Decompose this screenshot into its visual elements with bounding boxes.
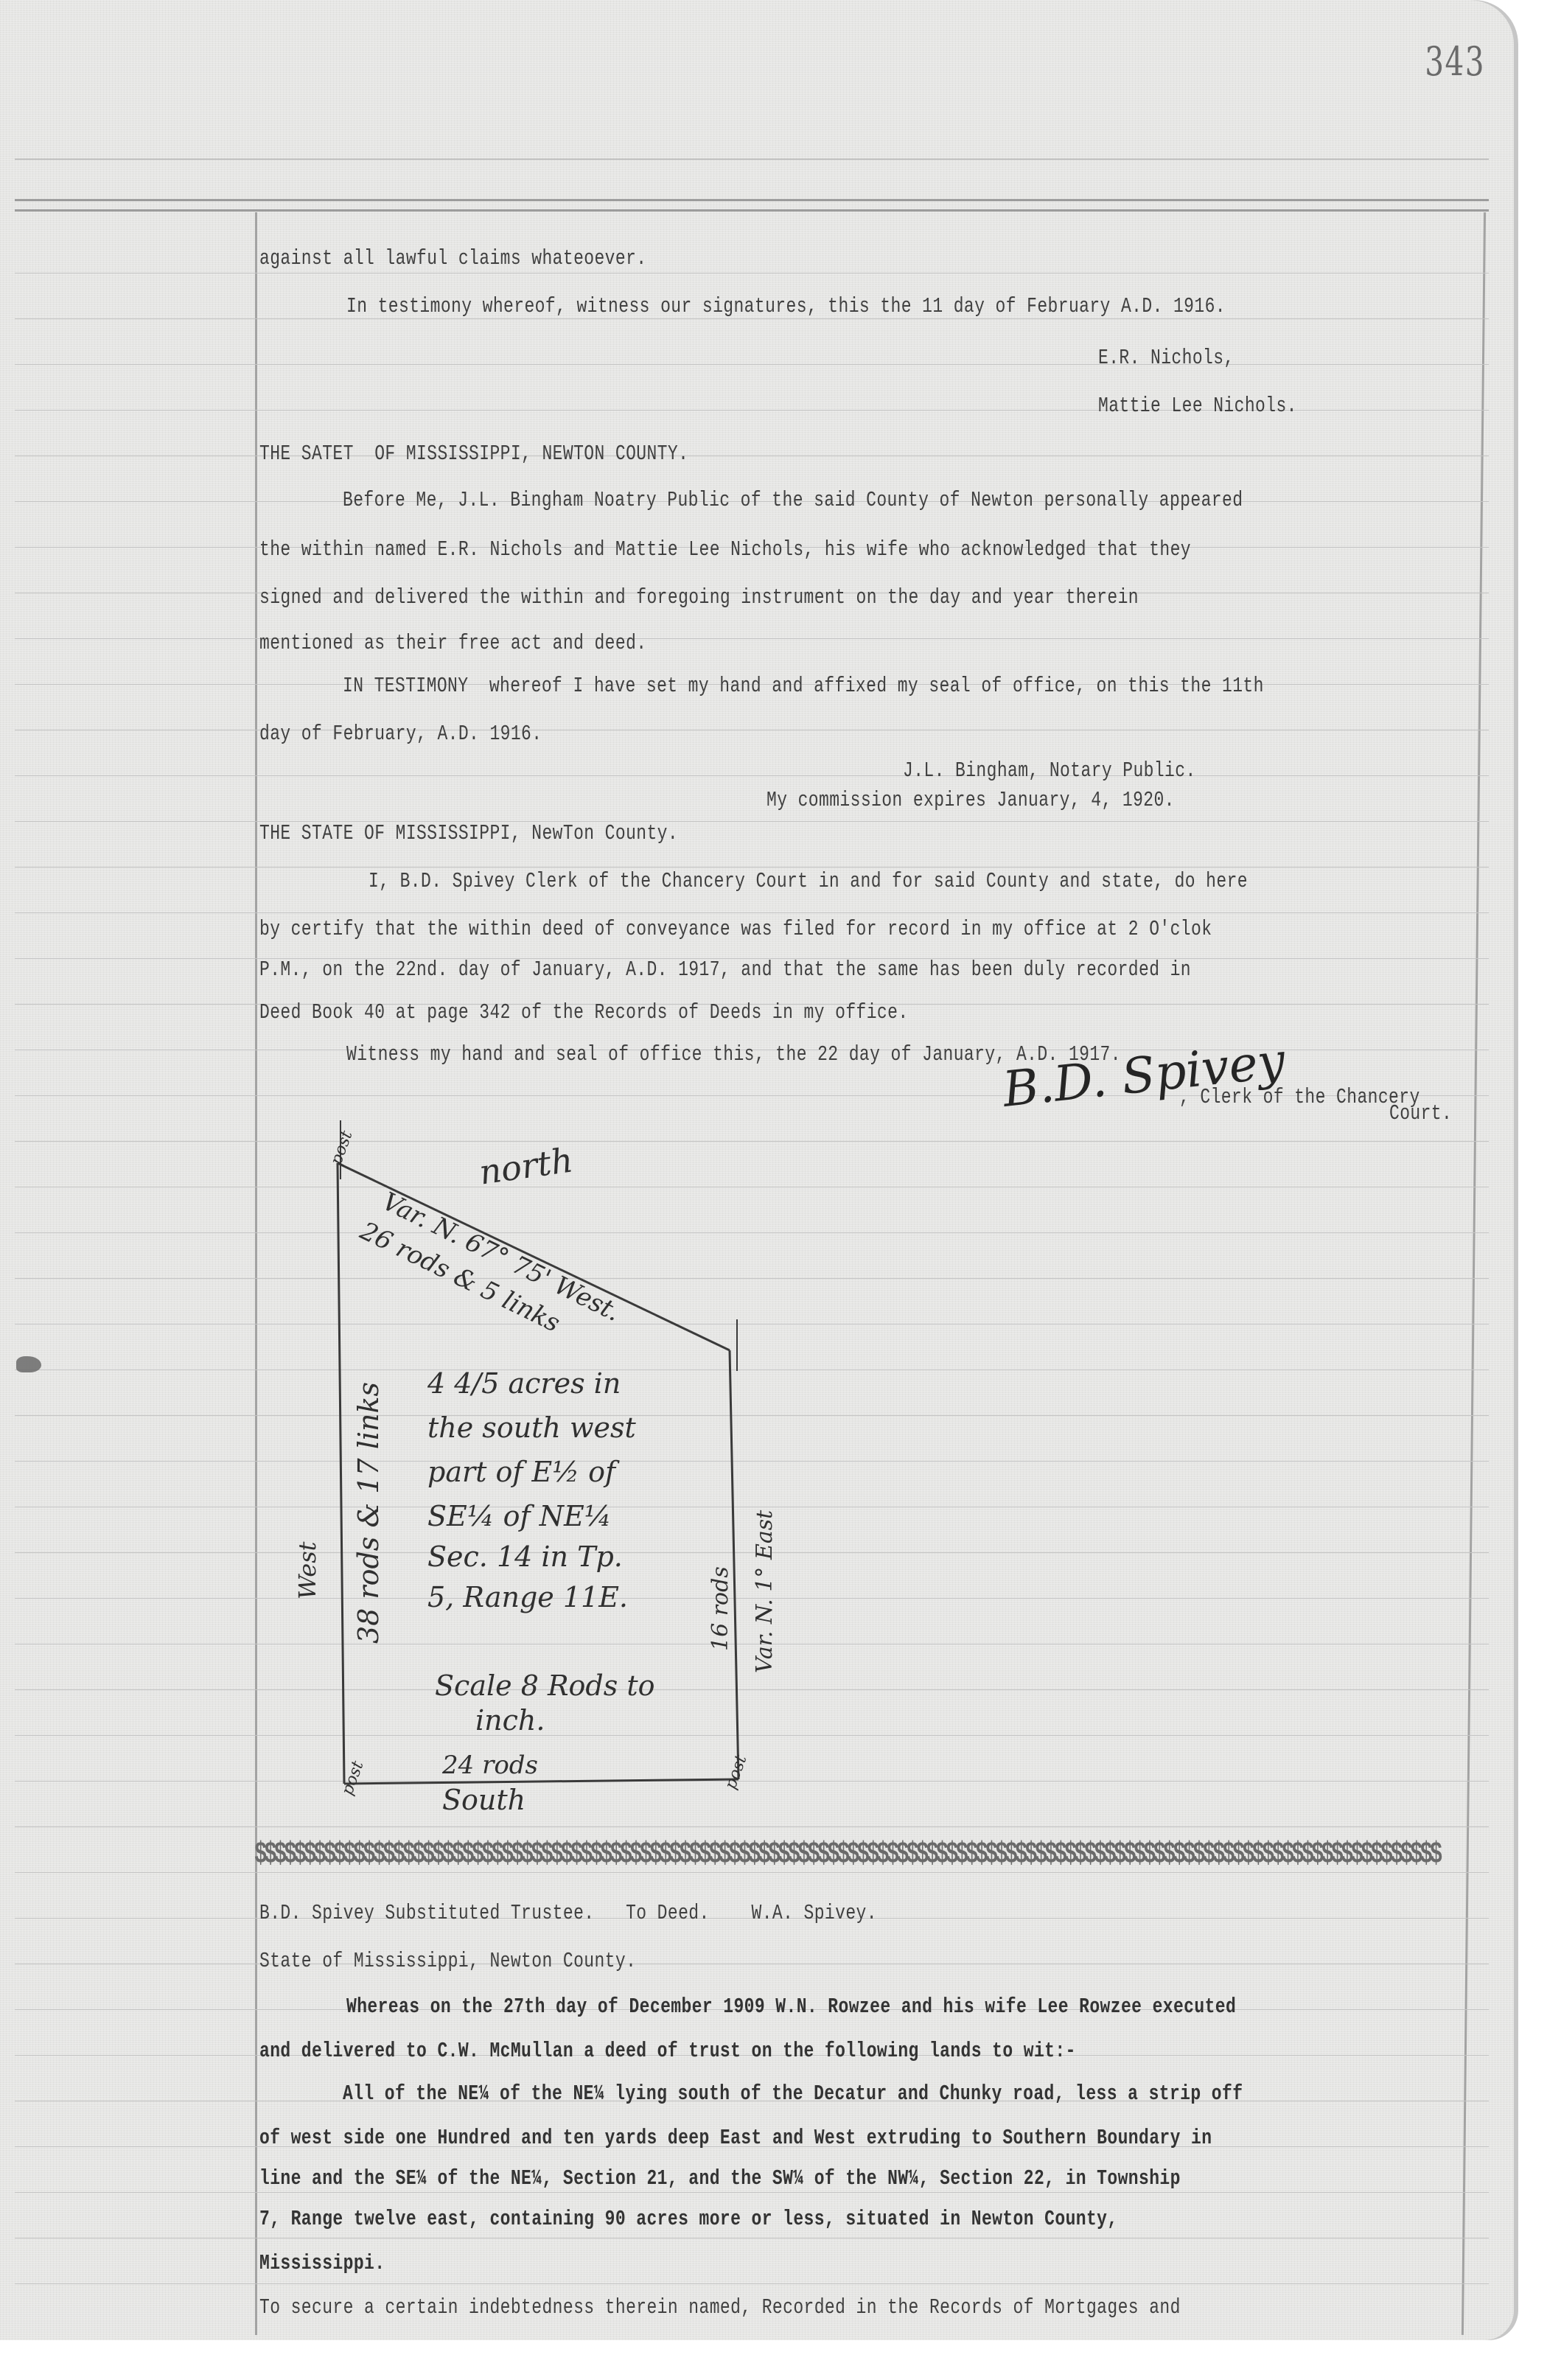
- text-line: All of the NE¼ of the NE¼ lying south of…: [343, 2081, 1243, 2107]
- plat-description-line: 5, Range 11E.: [427, 1581, 628, 1613]
- text-line: 7, Range twelve east, containing 90 acre…: [259, 2206, 1118, 2232]
- plat-description-line: SE¼ of NE¼: [427, 1500, 612, 1532]
- text-line: To secure a certain indebtedness therein…: [259, 2294, 1181, 2320]
- text-line: State of Mississippi, Newton County.: [259, 1948, 636, 1974]
- plat-west-distance: 38 rods & 17 links: [352, 1382, 385, 1644]
- plat-south-distance: 24 rods: [442, 1751, 538, 1780]
- plat-east-distance: 16 rods: [708, 1566, 733, 1651]
- plat-west-label: West: [293, 1542, 321, 1600]
- plat-description-line: Sec. 14 in Tp.: [427, 1540, 623, 1573]
- ledger-page: 343 against all lawful claims whateoever…: [0, 0, 1518, 2340]
- plat-scale: inch.: [475, 1704, 545, 1737]
- separator-row: $$$$$$$$$$$$$$$$$$$$$$$$$$$$$$$$$$$$$$$$…: [254, 1838, 1485, 1874]
- text-line: Mississippi.: [259, 2250, 385, 2276]
- text-line: and delivered to C.W. McMullan a deed of…: [259, 2038, 1076, 2064]
- ink-blot: [16, 1356, 41, 1372]
- plat-east-bearing: Var. N. 1° East: [752, 1510, 778, 1673]
- text-line: line and the SE¼ of the NE¼, Section 21,…: [259, 2166, 1181, 2191]
- text-line: Whereas on the 27th day of December 1909…: [346, 1994, 1236, 2020]
- plat-description-line: 4 4/5 acres in: [427, 1367, 621, 1400]
- survey-plat: [0, 0, 1547, 2380]
- text-line: of west side one Hundred and ten yards d…: [259, 2125, 1212, 2151]
- plat-description-line: the south west: [427, 1411, 636, 1444]
- deed-heading: B.D. Spivey Substituted Trustee. To Deed…: [259, 1900, 877, 1926]
- plat-description-line: part of E½ of: [427, 1456, 615, 1488]
- plat-scale: Scale 8 Rods to: [435, 1669, 655, 1702]
- plat-south-label: South: [442, 1784, 525, 1816]
